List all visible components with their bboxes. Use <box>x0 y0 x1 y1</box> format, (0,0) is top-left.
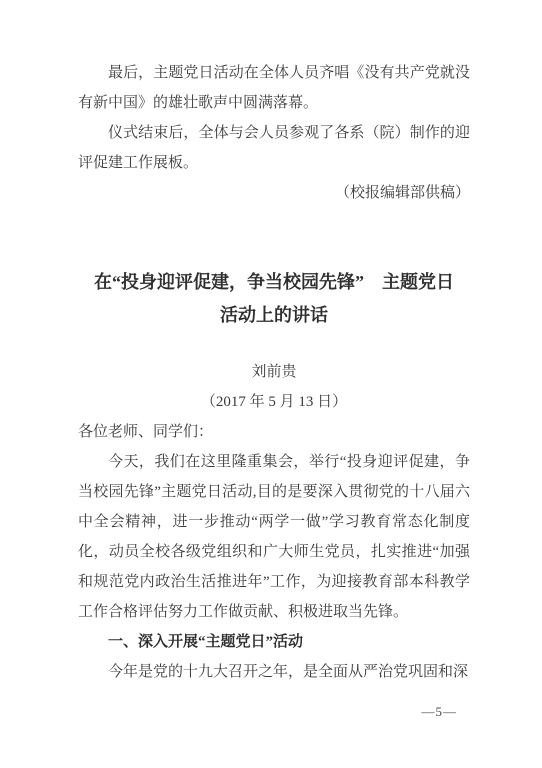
salutation: 各位老师、同学们： <box>78 417 470 447</box>
closing-paragraph-1: 最后，主题党日活动在全体人员齐唱《没有共产党就没有新中国》的雄壮歌声中圆满落幕。 <box>78 58 470 118</box>
closing-paragraph-2: 仪式结束后，全体与会人员参观了各系（院）制作的迎评促建工作展板。 <box>78 118 470 178</box>
speech-date: （2017 年 5 月 13 日） <box>78 387 470 417</box>
speaker-name: 刘前贵 <box>78 357 470 387</box>
document-page: 最后，主题党日活动在全体人员齐唱《没有共产党就没有新中国》的雄壮歌声中圆满落幕。… <box>0 0 542 768</box>
document-content: 最后，主题党日活动在全体人员齐唱《没有共产党就没有新中国》的雄壮歌声中圆满落幕。… <box>78 58 470 687</box>
page-number: —5— <box>422 704 458 720</box>
byline-credit: （校报编辑部供稿） <box>78 178 470 208</box>
opening-paragraph: 今天，我们在这里隆重集会，举行“投身迎评促建，争当校园先锋”主题党日活动,目的是… <box>78 447 470 627</box>
speech-title-line-1: 在“投身迎评促建，争当校园先锋” 主题党日 <box>78 266 470 299</box>
section-1-heading: 一、深入开展“主题党日”活动 <box>78 627 470 657</box>
speech-title-line-2: 活动上的讲话 <box>78 299 470 332</box>
section-1-paragraph-start: 今年是党的十九大召开之年，是全面从严治党巩固和深 <box>78 657 470 687</box>
speech-title: 在“投身迎评促建，争当校园先锋” 主题党日 活动上的讲话 <box>78 266 470 332</box>
